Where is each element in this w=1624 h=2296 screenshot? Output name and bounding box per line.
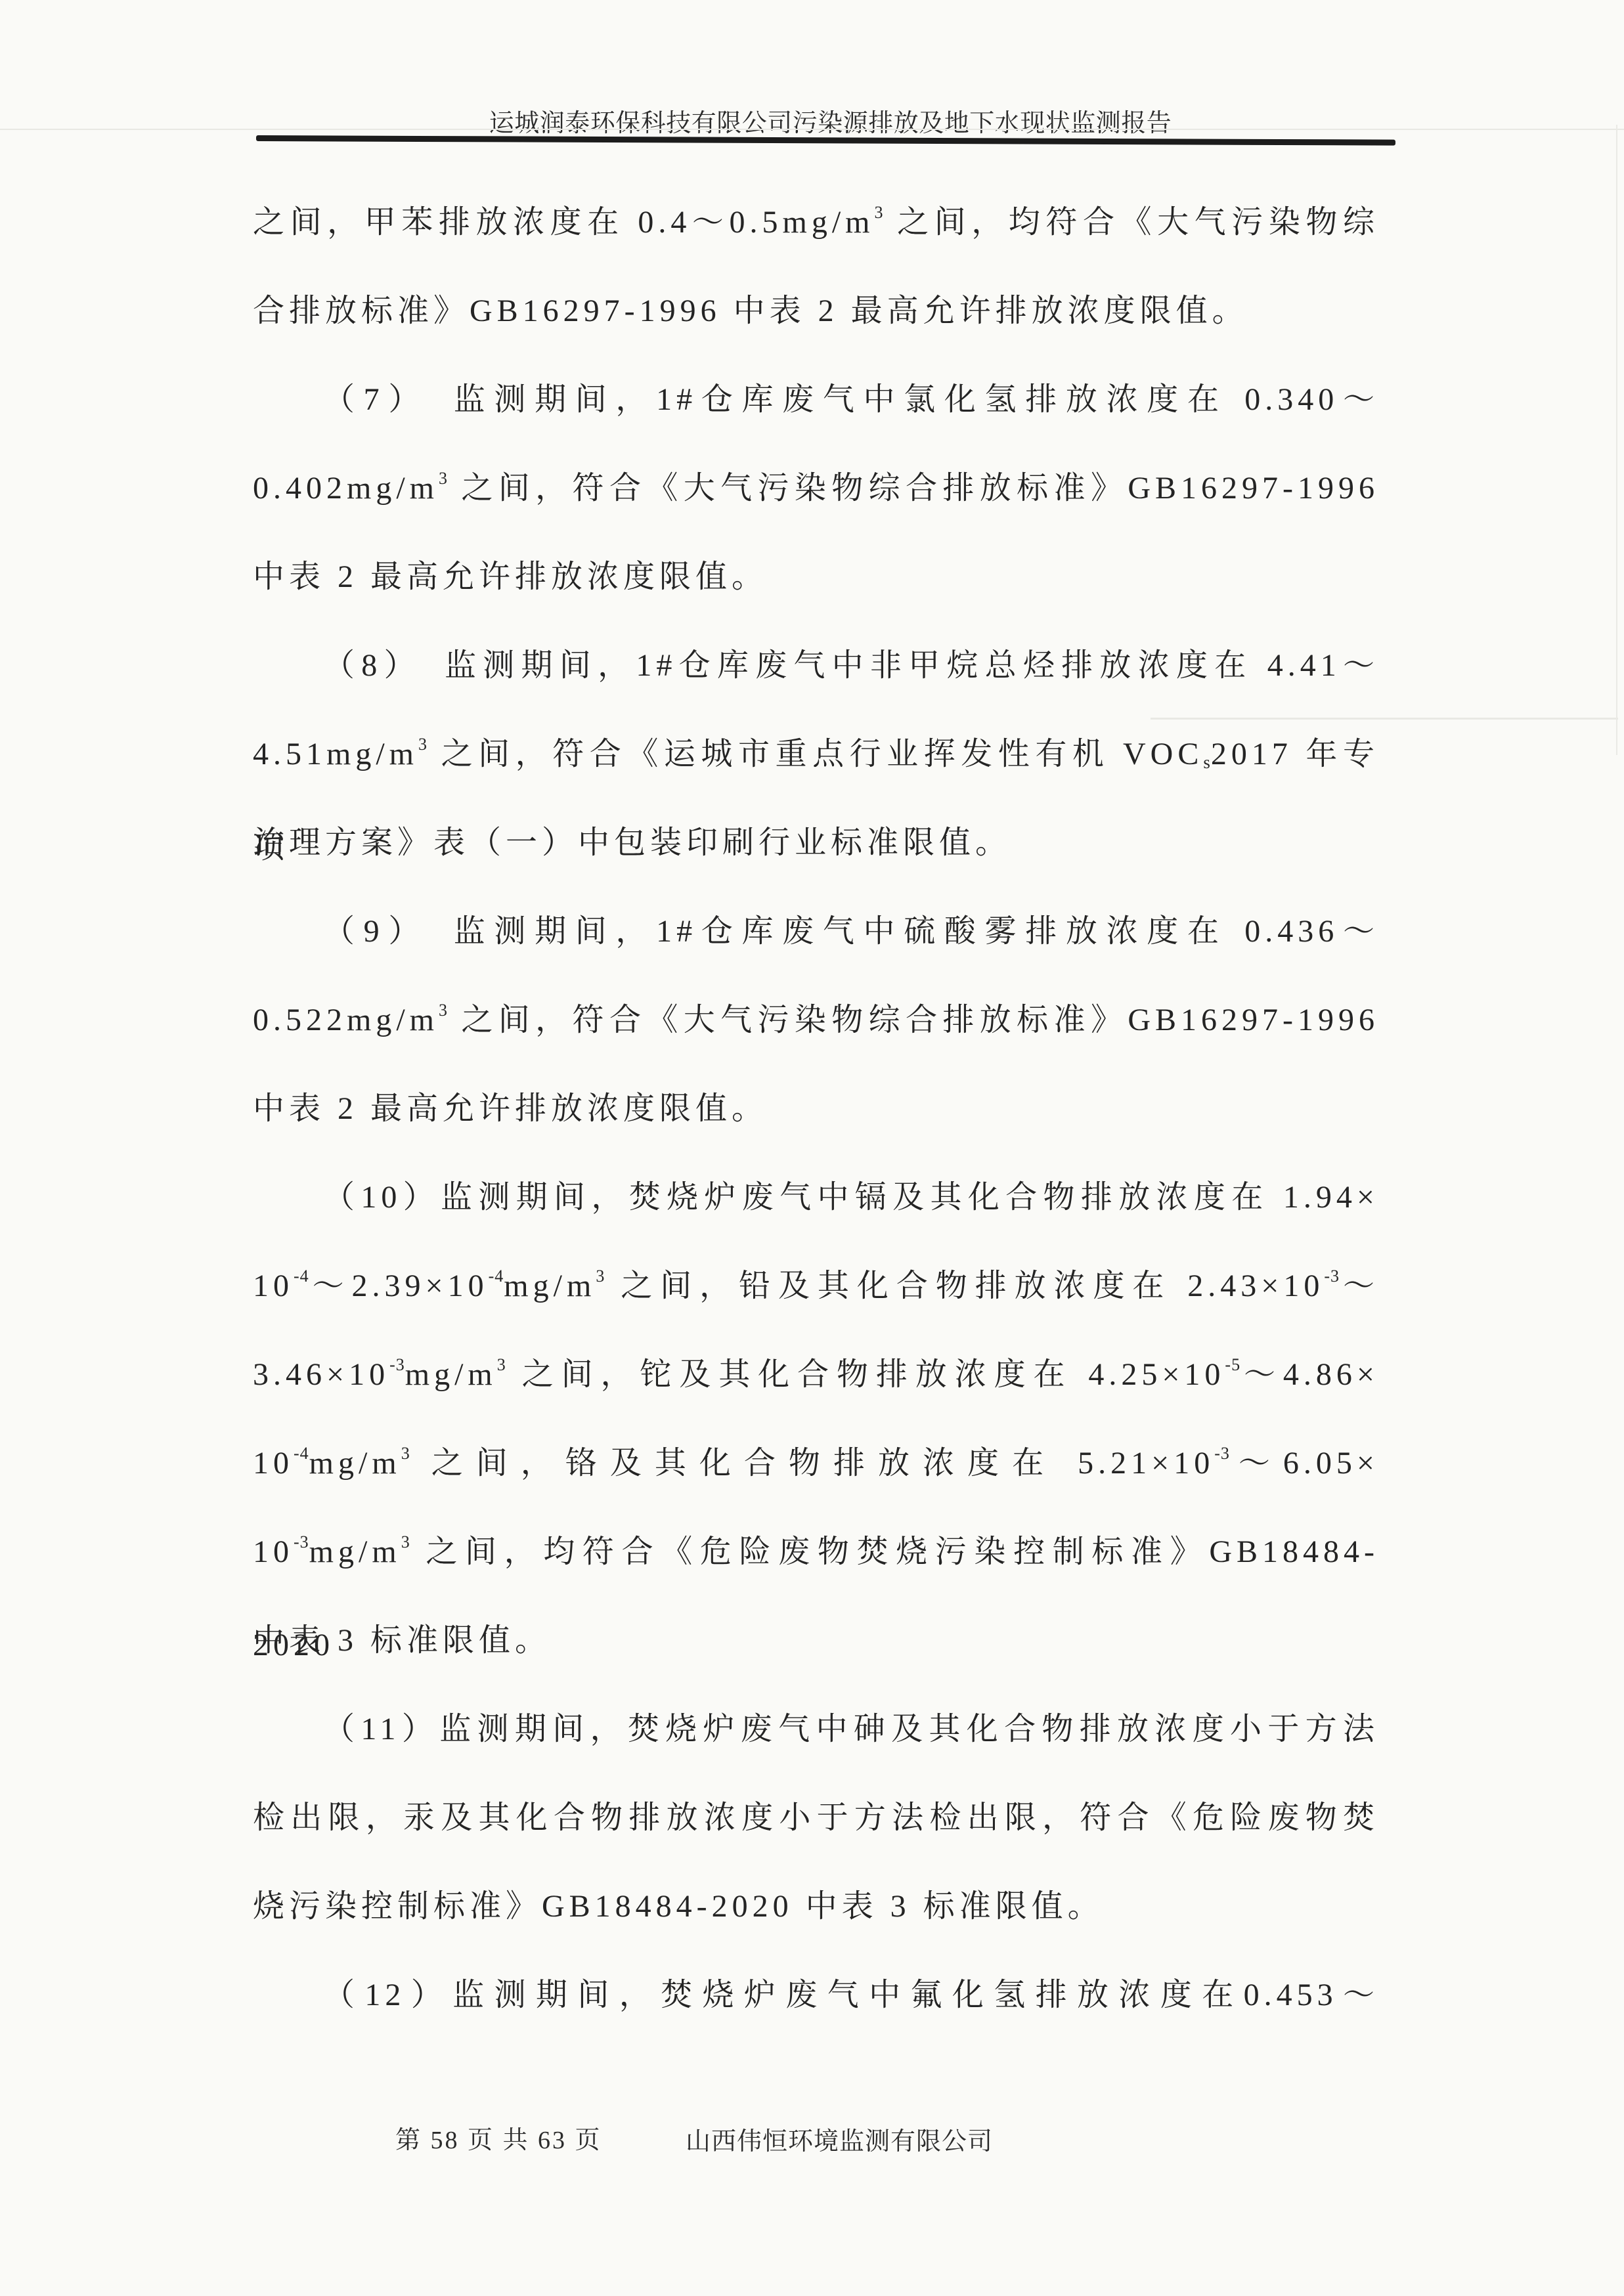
superscript: 3	[596, 1267, 605, 1286]
body-line: 10-4～2.39×10-4mg/m3 之间，铅及其化合物排放浓度在 2.43×…	[253, 1242, 1379, 1330]
superscript: 3	[439, 469, 448, 488]
body-line: 4.51mg/m3 之间，符合《运城市重点行业挥发性有机 VOCs2017 年专…	[253, 710, 1379, 798]
text-run: mg/m	[405, 1357, 497, 1392]
superscript: 3	[401, 1532, 410, 1551]
body-line: 之间，甲苯排放浓度在 0.4～0.5mg/m3 之间，均符合《大气污染物综	[253, 178, 1379, 267]
text-run: 之间，符合《运城市重点行业挥发性有机 VOC	[428, 737, 1203, 771]
body-line: 0.522mg/m3 之间，符合《大气污染物综合排放标准》GB16297-199…	[253, 976, 1379, 1064]
footer-company: 山西伟恒环境监测有限公司	[686, 2121, 993, 2157]
body-line: （8） 监测期间，1#仓库废气中非甲烷总烃排放浓度在 4.41～	[253, 621, 1379, 710]
body-line: 10-4mg/m3 之间，铬及其化合物排放浓度在 5.21×10-3～6.05×	[253, 1419, 1379, 1507]
body-line: （10）监测期间，焚烧炉废气中镉及其化合物排放浓度在 1.94×	[253, 1153, 1379, 1242]
body-line: 检出限，汞及其化合物排放浓度小于方法检出限，符合《危险废物焚	[253, 1773, 1379, 1862]
body-line: 中表 2 最高允许排放浓度限值。	[253, 1064, 1379, 1153]
header-faint-line	[0, 129, 1624, 130]
body-line: （12）监测期间，焚烧炉废气中氟化氢排放浓度在0.453～	[253, 1951, 1379, 2039]
document-page: 运城润泰环保科技有限公司污染源排放及地下水现状监测报告 之间，甲苯排放浓度在 0…	[0, 0, 1624, 2296]
text-run: 之间，铬及其化合物排放浓度在 5.21×10	[410, 1446, 1215, 1481]
body-line: 3.46×10-3mg/m3 之间，铊及其化合物排放浓度在 4.25×10-5～…	[253, 1330, 1379, 1419]
superscript: -3	[1324, 1267, 1340, 1286]
superscript: -4	[294, 1444, 309, 1463]
text-run: （9） 监测期间，1#仓库废气中硫酸雾排放浓度在 0.436～	[323, 914, 1379, 949]
text-run: 中表 2 最高允许排放浓度限值。	[253, 1091, 768, 1126]
superscript: 3	[401, 1444, 410, 1463]
body-line: 中表 3 标准限值。	[253, 1596, 1379, 1685]
subscript: s	[1203, 752, 1211, 772]
body-line: 0.402mg/m3 之间，符合《大气污染物综合排放标准》GB16297-199…	[253, 444, 1379, 532]
footer-page-number: 第 58 页 共 63 页	[395, 2119, 602, 2155]
text-run: 合排放标准》GB16297-1996 中表 2 最高允许排放浓度限值。	[253, 293, 1248, 328]
text-run: 检出限，汞及其化合物排放浓度小于方法检出限，符合《危险废物焚	[253, 1800, 1379, 1835]
text-run: 之间，符合《大气污染物综合排放标准》GB16297-1996	[448, 471, 1379, 506]
superscript: 3	[875, 203, 884, 222]
text-run: 之间，铊及其化合物排放浓度在 4.25×10	[506, 1357, 1225, 1392]
body-line: 合排放标准》GB16297-1996 中表 2 最高允许排放浓度限值。	[253, 267, 1379, 355]
text-run: （10）监测期间，焚烧炉废气中镉及其化合物排放浓度在 1.94×	[323, 1180, 1379, 1215]
text-run: （12）监测期间，焚烧炉废气中氟化氢排放浓度在0.453～	[323, 1978, 1379, 2012]
superscript: 3	[439, 1001, 448, 1020]
text-run: 中表 2 最高允许排放浓度限值。	[253, 559, 768, 594]
text-run: （7） 监测期间，1#仓库废气中氯化氢排放浓度在 0.340～	[323, 382, 1379, 417]
text-run: 0.522mg/m	[253, 1003, 439, 1037]
body-line: （9） 监测期间，1#仓库废气中硫酸雾排放浓度在 0.436～	[253, 887, 1379, 976]
text-run: 之间，符合《大气污染物综合排放标准》GB16297-1996	[448, 1003, 1379, 1037]
text-run: 4.51mg/m	[253, 737, 418, 771]
body-line: （11）监测期间，焚烧炉废气中砷及其化合物排放浓度小于方法	[253, 1685, 1379, 1773]
text-run: 10	[253, 1534, 294, 1569]
text-run: 之间，甲苯排放浓度在 0.4～0.5mg/m	[253, 205, 875, 240]
superscript: -4	[294, 1267, 309, 1286]
scan-artifact-vertical-line	[1616, 125, 1617, 755]
text-run: 中表 3 标准限值。	[253, 1623, 551, 1658]
superscript: -3	[389, 1355, 405, 1374]
text-run: 10	[253, 1446, 294, 1481]
text-run: mg/m	[504, 1268, 596, 1303]
text-run: 之间，铅及其化合物排放浓度在 2.43×10	[605, 1268, 1324, 1303]
text-run: 10	[253, 1268, 294, 1303]
text-run: 烧污染控制标准》GB18484-2020 中表 3 标准限值。	[253, 1889, 1104, 1924]
superscript: 3	[497, 1355, 506, 1374]
text-run: ～6.05×	[1230, 1446, 1379, 1481]
page-footer: 第 58 页 共 63 页 山西伟恒环境监测有限公司	[0, 2119, 1624, 2159]
text-run: （8） 监测期间，1#仓库废气中非甲烷总烃排放浓度在 4.41～	[323, 648, 1379, 683]
body-line: 中表 2 最高允许排放浓度限值。	[253, 532, 1379, 621]
text-run: 0.402mg/m	[253, 471, 439, 506]
text-run: 之间，均符合《大气污染物综	[884, 205, 1380, 240]
text-run: ～2.39×10	[309, 1268, 489, 1303]
text-run: 3.46×10	[253, 1357, 389, 1392]
text-run: ～	[1340, 1268, 1379, 1303]
superscript: -3	[1214, 1444, 1230, 1463]
body-line: 10-3mg/m3 之间，均符合《危险废物焚烧污染控制标准》GB18484-20…	[253, 1507, 1379, 1596]
text-run: mg/m	[309, 1446, 401, 1481]
text-run: 治理方案》表（一）中包装印刷行业标准限值。	[253, 825, 1011, 860]
body-line: 烧污染控制标准》GB18484-2020 中表 3 标准限值。	[253, 1862, 1379, 1951]
superscript: -4	[489, 1267, 504, 1286]
text-run: （11）监测期间，焚烧炉废气中砷及其化合物排放浓度小于方法	[323, 1712, 1379, 1746]
text-run: mg/m	[309, 1534, 401, 1569]
body-lines: 之间，甲苯排放浓度在 0.4～0.5mg/m3 之间，均符合《大气污染物综合排放…	[253, 178, 1379, 2039]
page-header-title: 运城润泰环保科技有限公司污染源排放及地下水现状监测报告	[18, 102, 1624, 139]
superscript: 3	[418, 735, 428, 754]
superscript: -5	[1225, 1355, 1240, 1374]
text-run: ～4.86×	[1240, 1357, 1379, 1392]
body-line: （7） 监测期间，1#仓库废气中氯化氢排放浓度在 0.340～	[253, 355, 1379, 444]
body-line: 治理方案》表（一）中包装印刷行业标准限值。	[253, 798, 1379, 887]
superscript: -3	[294, 1532, 309, 1551]
